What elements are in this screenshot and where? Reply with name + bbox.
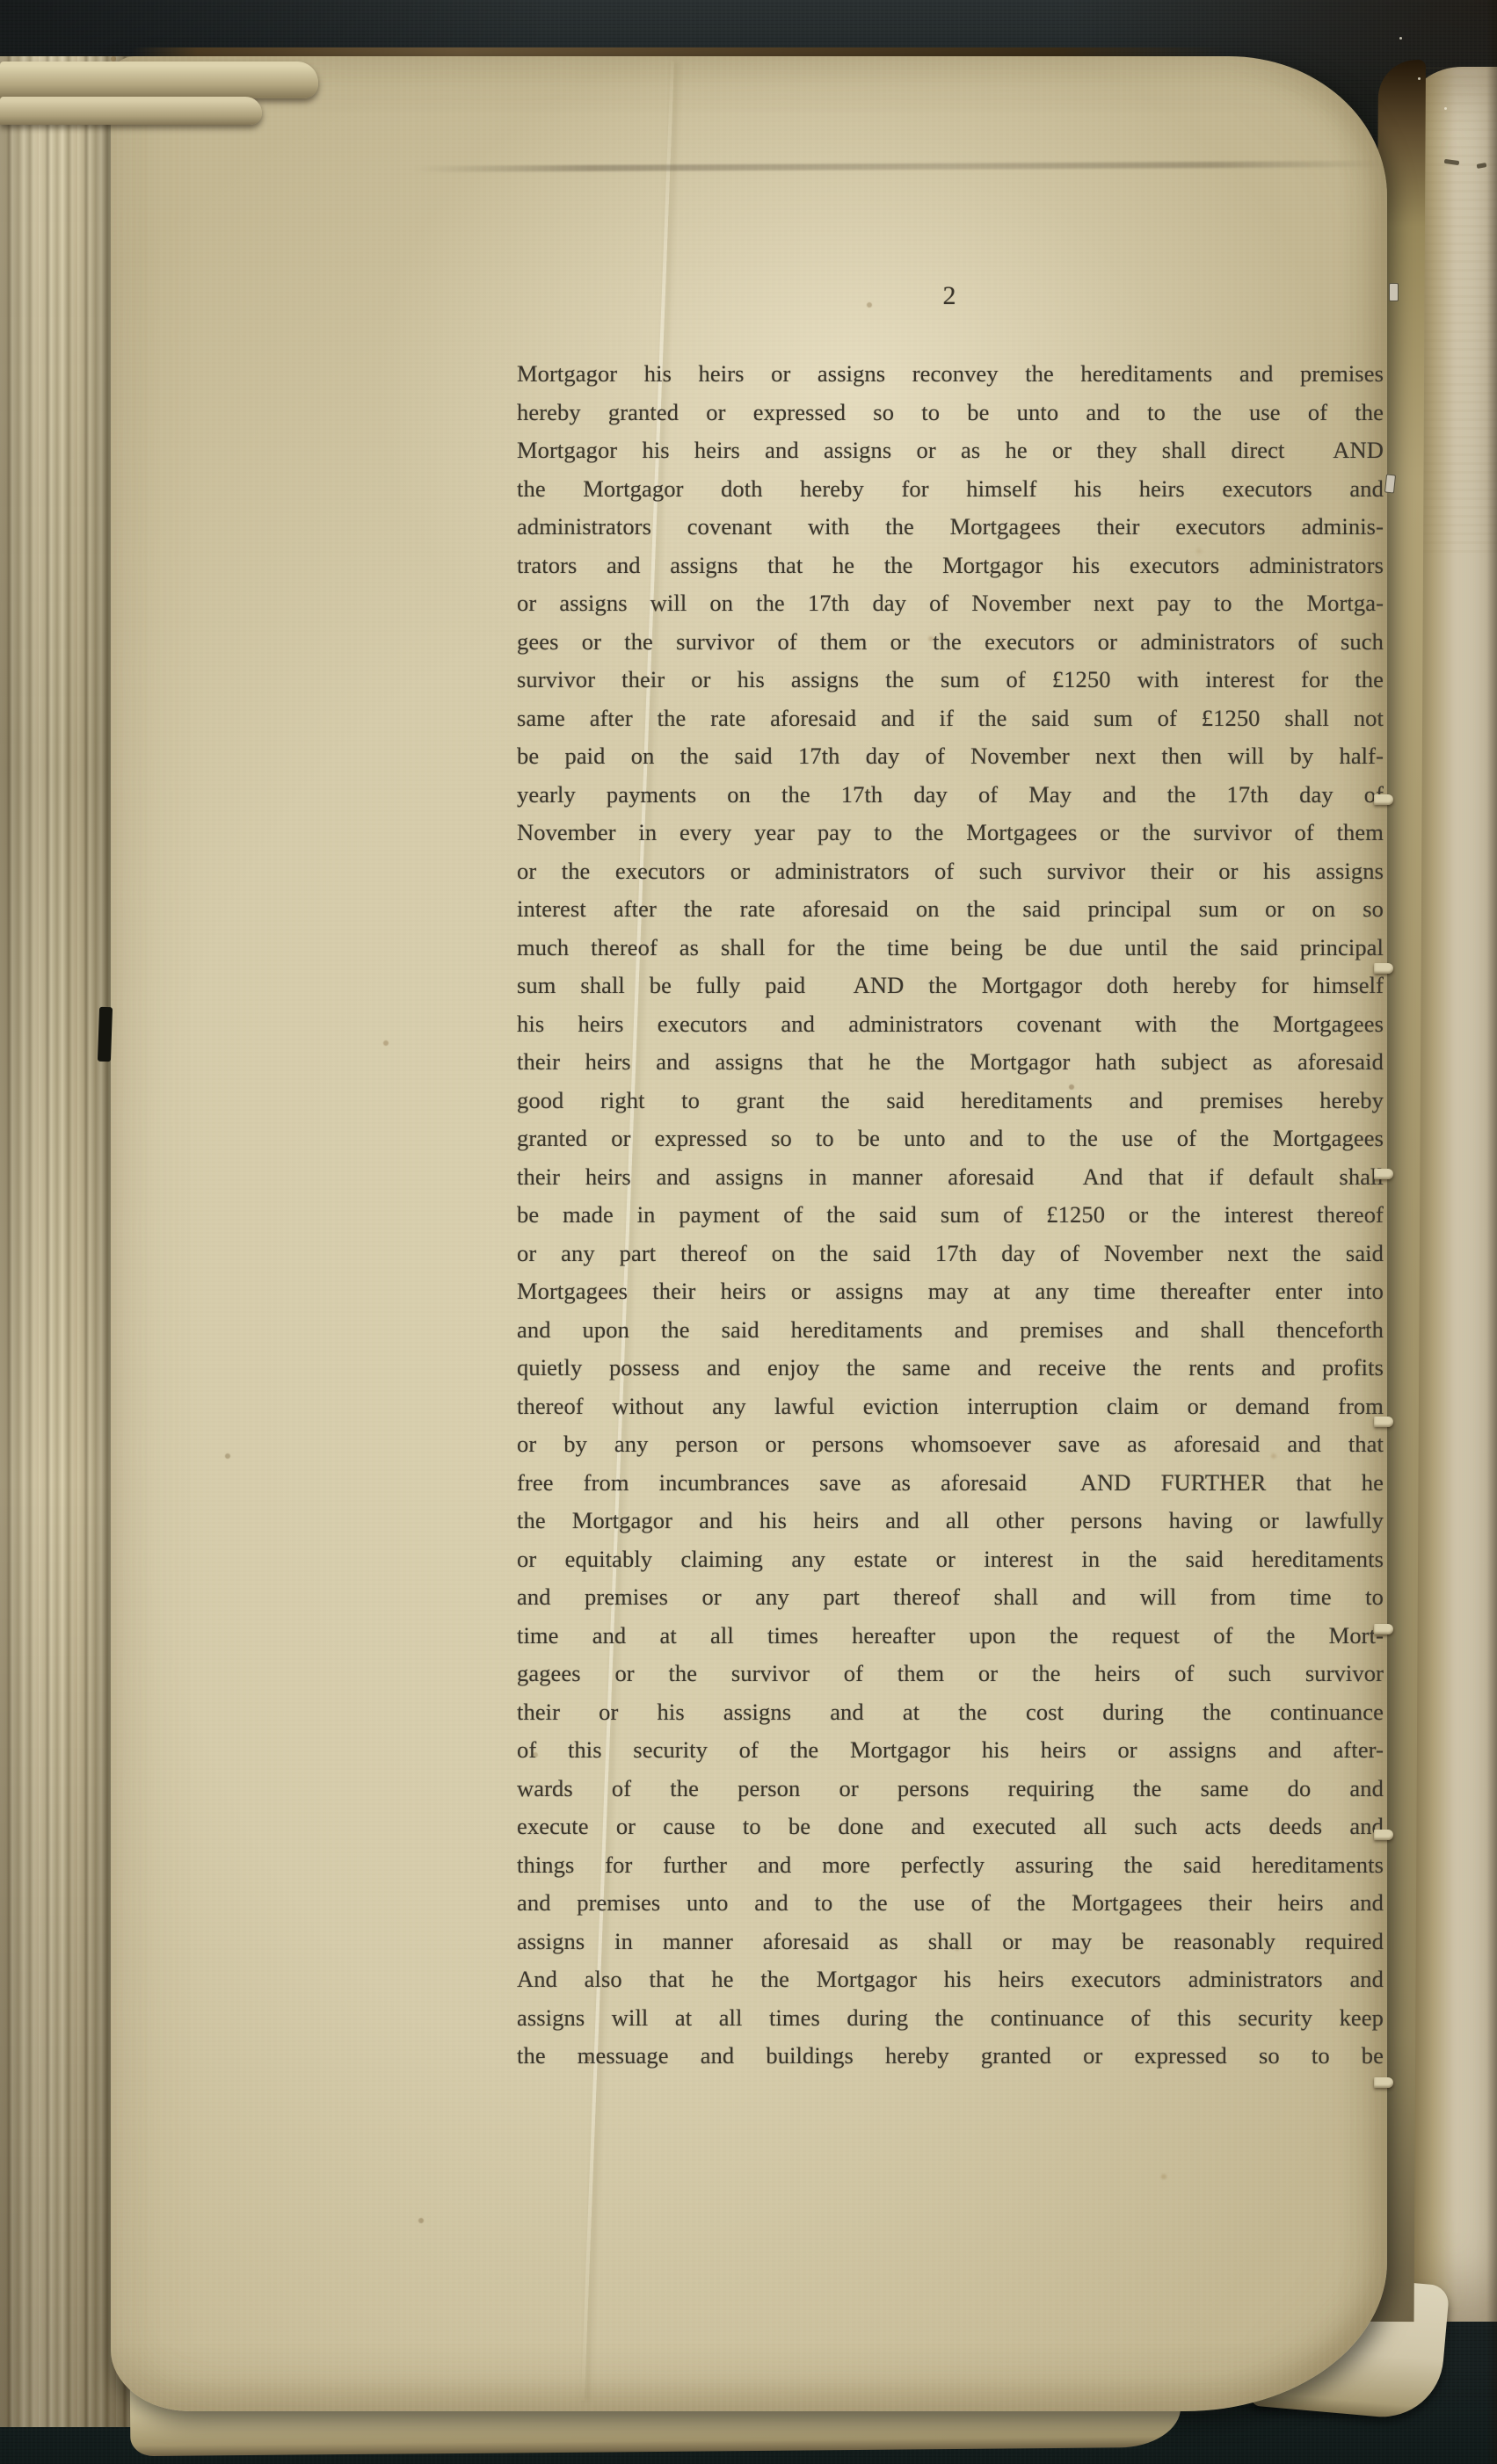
- text-line: November in every year pay to the Mortga…: [517, 814, 1384, 852]
- left-edge-tab: [98, 1007, 113, 1062]
- dust-speck: [1444, 107, 1447, 110]
- page-curl: [0, 62, 318, 98]
- text-line: and premises or any part thereof shall a…: [517, 1578, 1384, 1617]
- dust-speck: [1418, 77, 1421, 80]
- text-line: or any part thereof on the said 17th day…: [517, 1235, 1384, 1273]
- text-line: the messuage and buildings hereby grante…: [517, 2037, 1384, 2076]
- text-line: the Mortgagor doth hereby for himself hi…: [517, 470, 1384, 509]
- book-scan: 2 Mortgagor his heirs or assigns reconve…: [0, 0, 1497, 2464]
- text-line: and upon the said hereditaments and prem…: [517, 1311, 1384, 1350]
- text-line: or assigns will on the 17th day of Novem…: [517, 584, 1384, 623]
- page-curl: [0, 97, 262, 125]
- text-line: assigns will at all times during the con…: [517, 1999, 1384, 2038]
- page-number: 2: [923, 281, 976, 311]
- text-line: his heirs executors and administrators c…: [517, 1005, 1384, 1044]
- text-line: their heirs and assigns that he the Mort…: [517, 1043, 1384, 1082]
- text-line: Mortgagor his heirs or assigns reconvey …: [517, 355, 1384, 394]
- text-line: Mortgagor his heirs and assigns or as he…: [517, 431, 1384, 470]
- document-text-block: Mortgagor his heirs or assigns reconvey …: [517, 355, 1384, 2076]
- page-edge-nick: [1374, 1830, 1393, 1840]
- text-line: gagees or the survivor of them or the he…: [517, 1655, 1384, 1693]
- text-line: Mortgagees their heirs or assigns may at…: [517, 1272, 1384, 1311]
- text-line: time and at all times hereafter upon the…: [517, 1617, 1384, 1656]
- text-line: or equitably claiming any estate or inte…: [517, 1540, 1384, 1579]
- text-line: thereof without any lawful eviction inte…: [517, 1388, 1384, 1426]
- text-line: of this security of the Mortgagor his he…: [517, 1731, 1384, 1770]
- text-line: quietly possess and enjoy the same and r…: [517, 1349, 1384, 1388]
- text-line: execute or cause to be done and executed…: [517, 1808, 1384, 1846]
- text-line: things for further and more perfectly as…: [517, 1846, 1384, 1885]
- text-line: or by any person or persons whomsoever s…: [517, 1425, 1384, 1464]
- page-edge-nick: [1374, 1169, 1393, 1179]
- paper-scuff-line: [413, 161, 1389, 172]
- text-line: gees or the survivor of them or the exec…: [517, 623, 1384, 662]
- text-line: their or his assigns and at the cost dur…: [517, 1693, 1384, 1732]
- staple-mark: [1384, 474, 1396, 493]
- text-line: sum shall be fully paid AND the Mortgago…: [517, 967, 1384, 1005]
- text-line: yearly payments on the 17th day of May a…: [517, 776, 1384, 815]
- page-edge-nick: [1374, 963, 1393, 974]
- paper-crease: [581, 62, 674, 2401]
- photo-edge-shadow: [1486, 0, 1497, 2464]
- text-line: and premises unto and to the use of the …: [517, 1884, 1384, 1923]
- text-line: wards of the person or persons requiring…: [517, 1770, 1384, 1808]
- text-line: granted or expressed so to be unto and t…: [517, 1120, 1384, 1158]
- text-line: administrators covenant with the Mortgag…: [517, 508, 1384, 547]
- text-line: same after the rate aforesaid and if the…: [517, 699, 1384, 738]
- text-line: the Mortgagor and his heirs and all othe…: [517, 1502, 1384, 1540]
- text-line: survivor their or his assigns the sum of…: [517, 661, 1384, 699]
- staple-mark: [1389, 283, 1399, 301]
- dust-speck: [1399, 37, 1402, 40]
- text-line: be made in payment of the said sum of £1…: [517, 1196, 1384, 1235]
- page-edge-nick: [1374, 1624, 1393, 1634]
- text-line: good right to grant the said hereditamen…: [517, 1082, 1384, 1120]
- text-line: And also that he the Mortgagor his heirs…: [517, 1960, 1384, 1999]
- text-line: much thereof as shall for the time being…: [517, 929, 1384, 967]
- main-page: 2 Mortgagor his heirs or assigns reconve…: [111, 56, 1387, 2411]
- page-edge-nick: [1374, 2077, 1393, 2088]
- page-edge-nick: [1374, 794, 1393, 805]
- text-line: trators and assigns that he the Mortgago…: [517, 547, 1384, 585]
- page-edge-nick: [1374, 1417, 1393, 1427]
- text-line: hereby granted or expressed so to be unt…: [517, 394, 1384, 432]
- text-line: or the executors or administrators of su…: [517, 852, 1384, 891]
- text-line: free from incumbrances save as aforesaid…: [517, 1464, 1384, 1503]
- text-line: their heirs and assigns in manner afores…: [517, 1158, 1384, 1197]
- text-line: assigns in manner aforesaid as shall or …: [517, 1923, 1384, 1961]
- text-line: be paid on the said 17th day of November…: [517, 737, 1384, 776]
- text-line: interest after the rate aforesaid on the…: [517, 890, 1384, 929]
